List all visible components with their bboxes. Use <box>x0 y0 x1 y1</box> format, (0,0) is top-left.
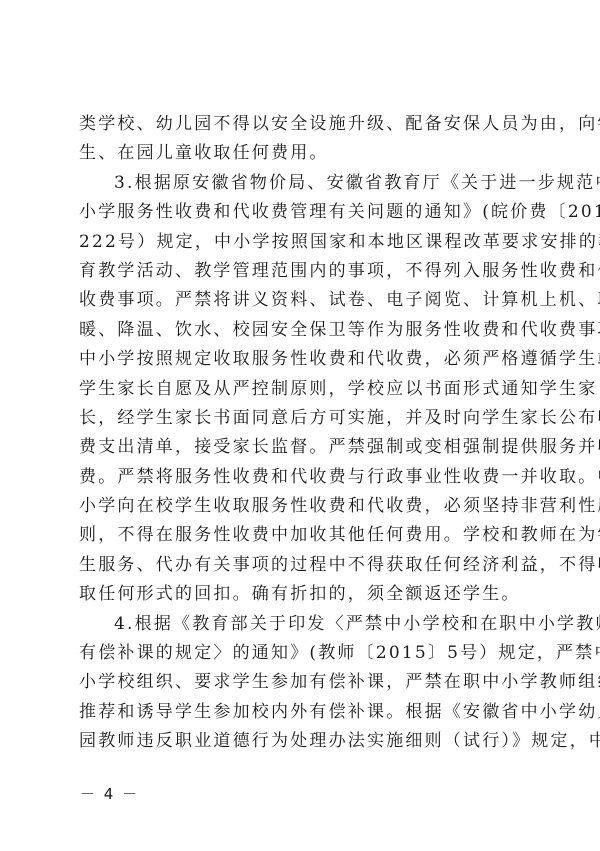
text-line: 小学服务性收费和代收费管理有关问题的通知》(皖价费〔2010〕 <box>79 198 525 227</box>
text-line: 收费事项。严禁将讲义资料、试卷、电子阅览、计算机上机、取 <box>79 286 525 315</box>
text-line: 推荐和诱导学生参加校内外有偿补课。根据《安徽省中小学幼儿 <box>79 698 525 727</box>
text-line: 暖、降温、饮水、校园安全保卫等作为服务性收费和代收费事项。 <box>79 316 525 345</box>
paragraph-4-start: 4.根据《教育部关于印发〈严禁中小学校和在职中小学教师 <box>79 610 525 639</box>
text-line: 有偿补课的规定〉的通知》(教师〔2015〕5号）规定，严禁中 <box>79 639 525 668</box>
text-line: 类学校、幼儿园不得以安全设施升级、配备安保人员为由，向学 <box>79 110 525 139</box>
text-line: 生服务、代办有关事项的过程中不得获取任何经济利益，不得收 <box>79 551 525 580</box>
text-line: 长，经学生家长书面同意后方可实施，并及时向学生家长公布收 <box>79 404 525 433</box>
text-line: 费支出清单，接受家长监督。严禁强制或变相强制提供服务并收 <box>79 433 525 462</box>
text-line: 中小学按照规定收取服务性收费和代收费，必须严格遵循学生或 <box>79 345 525 374</box>
text-line: 费。严禁将服务性收费和代收费与行政事业性收费一并收取。中 <box>79 463 525 492</box>
text-line: 学生家长自愿及从严控制原则，学校应以书面形式通知学生家 <box>79 375 525 404</box>
body-text: 类学校、幼儿园不得以安全设施升级、配备安保人员为由，向学 生、在园儿童收取任何费… <box>79 110 525 757</box>
text-line: 小学校组织、要求学生参加有偿补课，严禁在职中小学教师组织、 <box>79 668 525 697</box>
text-line: 取任何形式的回扣。确有折扣的，须全额返还学生。 <box>79 580 525 609</box>
paragraph-3-start: 3.根据原安徽省物价局、安徽省教育厅《关于进一步规范中 <box>79 169 525 198</box>
text-line: 222号）规定，中小学按照国家和本地区课程改革要求安排的教 <box>79 228 525 257</box>
text-line: 园教师违反职业道德行为处理办法实施细则（试行）》规定，中 <box>79 727 525 756</box>
document-page: 类学校、幼儿园不得以安全设施升级、配备安保人员为由，向学 生、在园儿童收取任何费… <box>0 0 600 851</box>
page-number: － 4 － <box>80 783 139 804</box>
text-line: 生、在园儿童收取任何费用。 <box>79 139 525 168</box>
text-line: 育教学活动、教学管理范围内的事项，不得列入服务性收费和代 <box>79 257 525 286</box>
text-line: 小学向在校学生收取服务性收费和代收费，必须坚持非营利性原 <box>79 492 525 521</box>
text-line: 则，不得在服务性收费中加收其他任何费用。学校和教师在为学 <box>79 521 525 550</box>
